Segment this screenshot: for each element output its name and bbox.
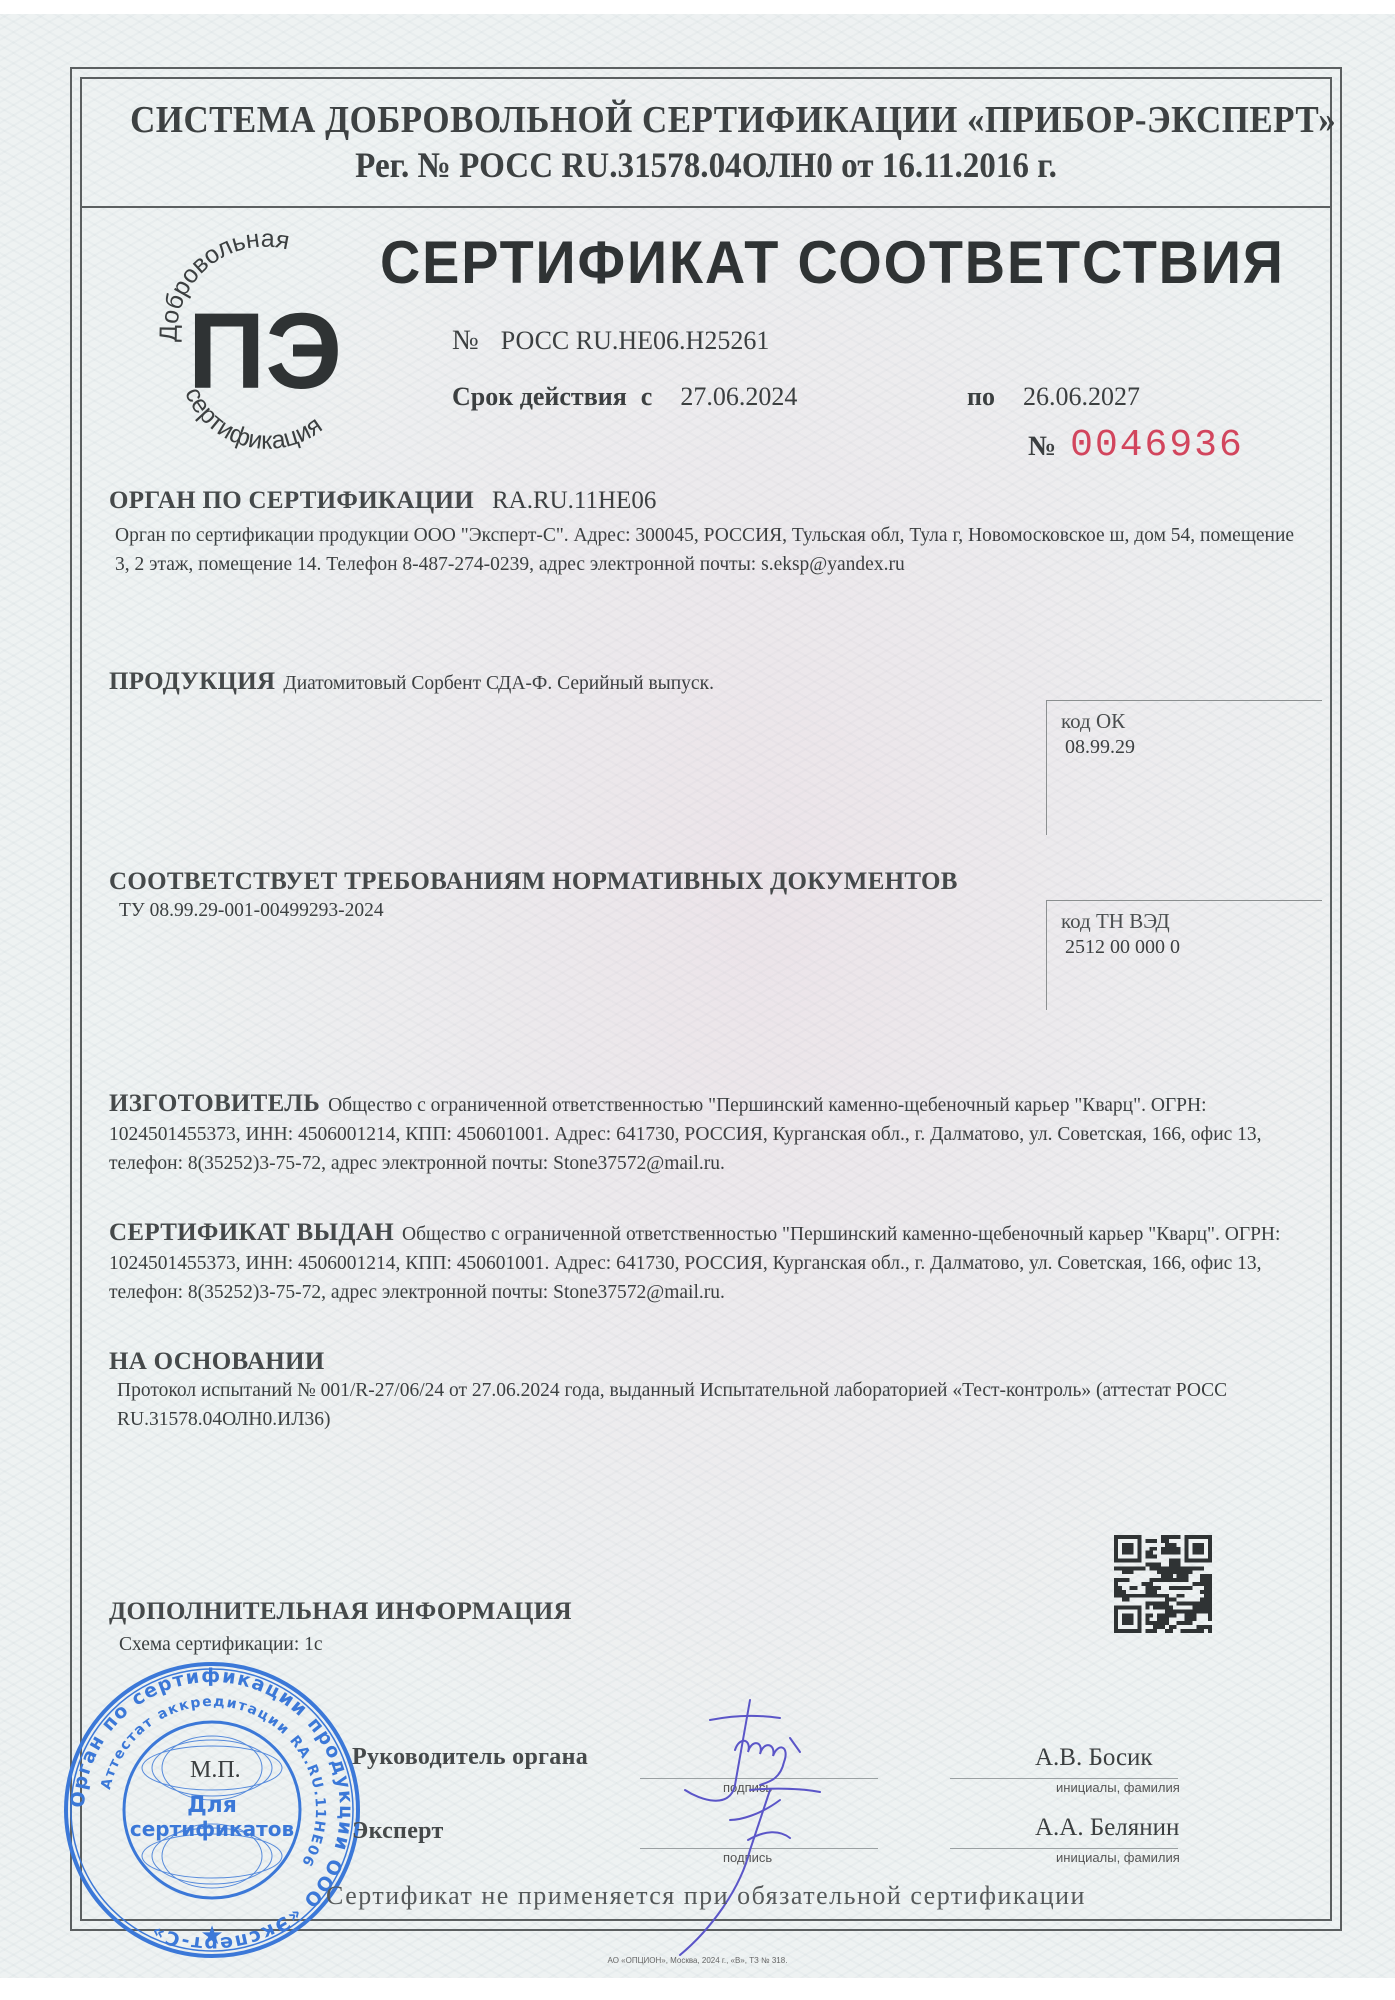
- standards-heading: СООТВЕТСТВУЕТ ТРЕБОВАНИЯМ НОРМАТИВНЫХ ДО…: [109, 868, 1049, 896]
- tnved-code-box: код ТН ВЭД 2512 00 000 0: [1046, 900, 1322, 1010]
- official-stamp-icon: Орган по сертификации продукции ООО «Экс…: [62, 1660, 362, 1960]
- scan-margin-top: [0, 0, 1395, 14]
- validity-label: Срок действия: [452, 382, 627, 411]
- certification-body-text: Орган по сертификации продукции ООО "Экс…: [109, 521, 1309, 579]
- from-label: с: [641, 382, 653, 411]
- certification-body-code: RA.RU.11НЕ06: [492, 487, 656, 514]
- head-of-body-label: Руководитель органа: [352, 1744, 588, 1771]
- issued-to-heading: СЕРТИФИКАТ ВЫДАН: [109, 1219, 394, 1246]
- pe-logo-icon: Добровольная сертификация ПЭ: [150, 225, 380, 455]
- disclaimer-text: Сертификат не применяется при обязательн…: [80, 1881, 1332, 1911]
- basis-section: НА ОСНОВАНИИ Протокол испытаний № 001/R-…: [109, 1348, 1309, 1434]
- stamp-star-icon: ★: [200, 1921, 223, 1951]
- ok-code-label: код ОК: [1061, 709, 1308, 734]
- expert-label: Эксперт: [352, 1818, 444, 1845]
- blank-number: 0046936: [1070, 424, 1244, 467]
- validity-to-row: по26.06.2027: [967, 382, 1140, 412]
- certificate-number: РОСС RU.НЕ06.Н25261: [501, 326, 770, 355]
- certificate-title: СЕРТИФИКАТ СООТВЕТСТВИЯ: [380, 228, 1285, 297]
- ok-code-box: код ОК 08.99.29: [1046, 700, 1322, 835]
- certification-body-heading: ОРГАН ПО СЕРТИФИКАЦИИ: [109, 487, 474, 514]
- tnved-code-label: код ТН ВЭД: [1061, 909, 1308, 934]
- additional-info-section: ДОПОЛНИТЕЛЬНАЯ ИНФОРМАЦИЯ Схема сертифик…: [109, 1598, 1009, 1659]
- ok-code-value: 08.99.29: [1065, 736, 1308, 759]
- qr-code-icon: [1114, 1532, 1212, 1636]
- standards-text: ТУ 08.99.29-001-00499293-2024: [119, 896, 1049, 925]
- basis-text: Протокол испытаний № 001/R-27/06/24 от 2…: [109, 1376, 1309, 1434]
- printer-imprint: АО «ОПЦИОН», Москва, 2024 г., «В», ТЗ № …: [0, 1956, 1395, 1965]
- logo-mark: ПЭ: [188, 290, 342, 411]
- product-text: Диатомитовый Сорбент СДА-Ф. Серийный вып…: [283, 673, 714, 694]
- head-name-line: [950, 1778, 1178, 1779]
- to-label: по: [967, 382, 995, 411]
- expert-name: А.А. Белянин: [1035, 1814, 1179, 1842]
- validity-from-row: Срок действияс27.06.2024: [452, 382, 797, 412]
- manufacturer-section: ИЗГОТОВИТЕЛЬОбщество с ограниченной отве…: [109, 1089, 1309, 1178]
- stamp-center-line2: сертификатов: [130, 1817, 294, 1841]
- stamp-center-line1: Для: [187, 1793, 237, 1818]
- valid-from-date: 27.06.2024: [680, 382, 797, 411]
- system-registration: Рег. № РОСС RU.31578.04ОЛН0 от 16.11.201…: [130, 144, 1282, 186]
- scan-margin-bottom: [0, 1978, 1395, 2000]
- issued-to-section: СЕРТИФИКАТ ВЫДАНОбщество с ограниченной …: [109, 1218, 1309, 1307]
- additional-info-heading: ДОПОЛНИТЕЛЬНАЯ ИНФОРМАЦИЯ: [109, 1598, 1009, 1626]
- number-label: №: [452, 325, 479, 356]
- blank-number-row: №0046936: [1028, 424, 1244, 467]
- handwritten-signature-icon: [640, 1690, 900, 1960]
- head-name-caption: инициалы, фамилия: [1056, 1780, 1180, 1795]
- tnved-code-value: 2512 00 000 0: [1065, 936, 1308, 959]
- expert-name-caption: инициалы, фамилия: [1056, 1850, 1180, 1865]
- certification-body-section: ОРГАН ПО СЕРТИФИКАЦИИRA.RU.11НЕ06 Орган …: [109, 487, 1309, 579]
- blank-number-label: №: [1028, 431, 1056, 462]
- seal-placeholder: М.П.: [190, 1757, 241, 1784]
- expert-name-line: [950, 1848, 1178, 1849]
- header-divider: [80, 206, 1332, 208]
- standards-section: СООТВЕТСТВУЕТ ТРЕБОВАНИЯМ НОРМАТИВНЫХ ДО…: [109, 868, 1049, 925]
- manufacturer-heading: ИЗГОТОВИТЕЛЬ: [109, 1090, 320, 1117]
- basis-heading: НА ОСНОВАНИИ: [109, 1348, 1309, 1376]
- system-title: СИСТЕМА ДОБРОВОЛЬНОЙ СЕРТИФИКАЦИИ «ПРИБО…: [130, 98, 1282, 142]
- valid-to-date: 26.06.2027: [1023, 382, 1140, 411]
- product-heading: ПРОДУКЦИЯ: [109, 668, 275, 695]
- product-section: ПРОДУКЦИЯДиатомитовый Сорбент СДА-Ф. Сер…: [109, 668, 1009, 698]
- head-name: А.В. Босик: [1035, 1744, 1153, 1772]
- certificate-number-row: №РОСС RU.НЕ06.Н25261: [452, 325, 769, 357]
- additional-info-text: Схема сертификации: 1с: [119, 1630, 1009, 1659]
